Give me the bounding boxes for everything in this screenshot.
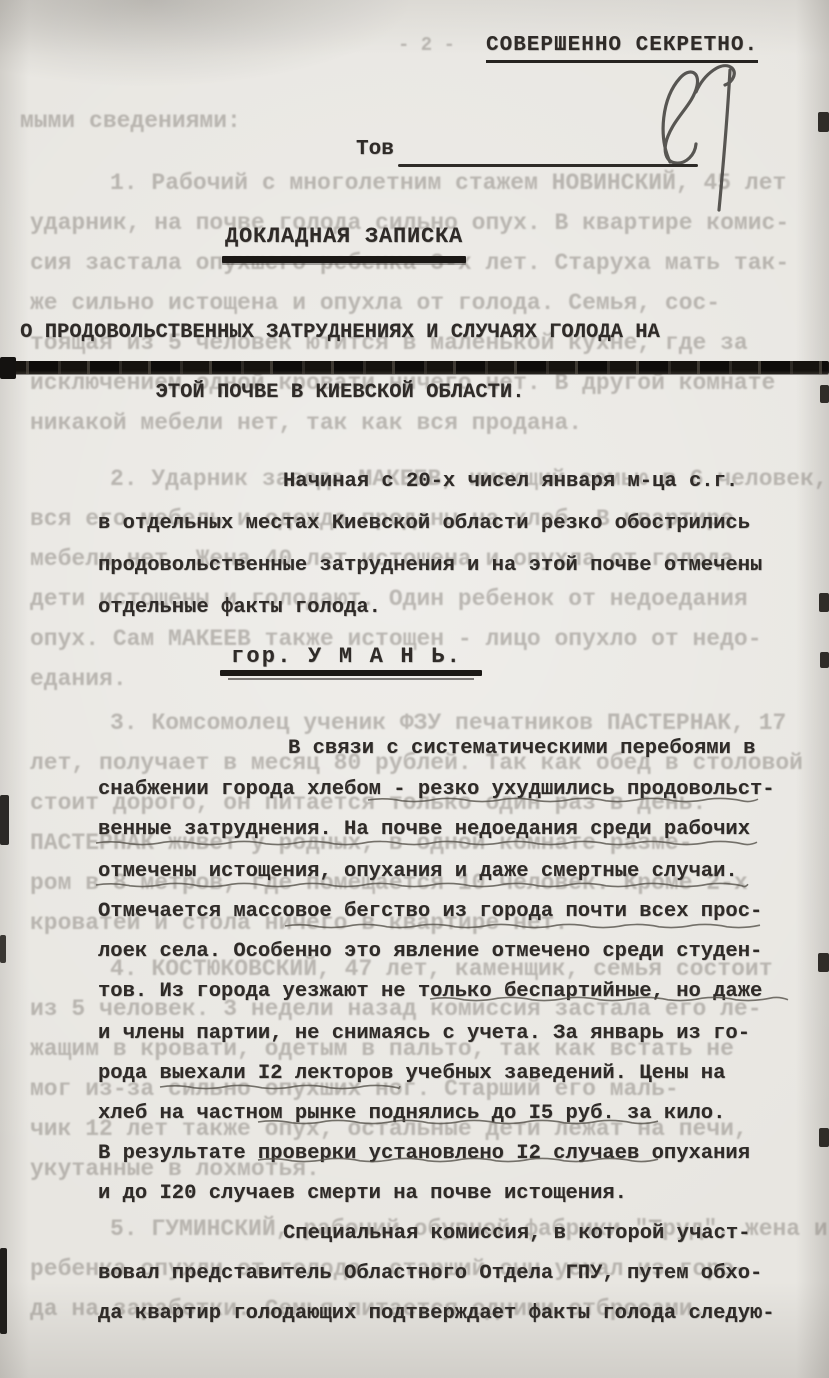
body-line: тов. Из города уезжают не только беспарт… — [98, 980, 762, 1003]
ghost-line: мыми сведениями: — [20, 108, 241, 134]
body-line: отмечены истощения, опухания и даже смер… — [98, 860, 738, 883]
section-heading-underline — [220, 670, 482, 676]
scan-artifact — [820, 385, 829, 403]
subject-line-1: О ПРОДОВОЛЬСТВЕННЫХ ЗАТРУДНЕНИЯХ И СЛУЧА… — [10, 323, 670, 343]
body-line: вовал представитель Областного Отдела ГП… — [98, 1262, 762, 1285]
ghost-page-number: - 2 - — [398, 34, 455, 56]
scan-artifact — [0, 795, 9, 845]
scan-artifact — [818, 112, 829, 132]
digit-6-stroke — [663, 72, 697, 163]
ghost-line: едания. — [30, 666, 127, 692]
section-heading-uman: гор. У М А Н Ь. — [231, 644, 462, 669]
section-heading-underline-2 — [228, 678, 474, 680]
body-line: отдельные факты голода. — [98, 596, 381, 619]
body-line: Отмечается массовое бегство из города по… — [98, 900, 762, 923]
scan-artifact — [818, 953, 829, 972]
separator-rule — [0, 361, 829, 374]
body-line: лоек села. Особенно это явление отмечено… — [98, 940, 762, 963]
body-line: в отдельных местах Киевской области резк… — [98, 512, 750, 535]
document-type-heading: ДОКЛАДНАЯ ЗАПИСКА — [225, 224, 463, 249]
scan-artifact — [819, 593, 829, 612]
ghost-line: сия застала опухшего ребенка 3-х лет. Ст… — [30, 250, 789, 276]
body-line: В связи с систематическими перебоями в — [288, 737, 755, 760]
addressee-label: Тов — [356, 138, 394, 161]
body-line: венные затруднения. На почве недоедания … — [98, 818, 750, 841]
scanned-document-page: мыми сведениями:1. Рабочий с многолетним… — [0, 0, 829, 1378]
body-line: снабжении города хлебом - резко ухудшили… — [98, 778, 775, 801]
handwritten-number-67 — [640, 52, 760, 212]
digit-7-tail-stroke — [719, 70, 730, 210]
scan-artifact — [820, 652, 829, 668]
body-line: Начиная с 20-х чисел января м-ца с.г. — [283, 470, 738, 493]
body-line: и до I20 случаев смерти на почве истощен… — [98, 1182, 627, 1205]
body-line: и члены партии, не снимаясь с учета. За … — [98, 1022, 750, 1045]
document-type-underline — [222, 256, 466, 263]
scan-artifact — [0, 357, 16, 379]
body-line: хлеб на частном рынке поднялись до I5 ру… — [98, 1102, 725, 1125]
scan-artifact — [0, 935, 6, 963]
body-line: В результате проверки установлено I2 слу… — [98, 1142, 750, 1165]
body-line: рода выехали I2 лекторов учебных заведен… — [98, 1062, 725, 1085]
subject-line-2: ЭТОЙ ПОЧВЕ В КИЕВСКОЙ ОБЛАСТИ. — [10, 383, 670, 403]
body-line: да квартир голодающих подтверждает факты… — [98, 1302, 775, 1325]
addressee-blank-line — [398, 164, 698, 167]
body-line: продовольственные затруднения и на этой … — [98, 554, 762, 577]
scan-artifact — [819, 1128, 829, 1147]
ghost-line: 3. Комсомолец ученик ФЗУ печатников ПАСТ… — [110, 710, 786, 736]
scan-artifact — [0, 1248, 7, 1334]
body-line: Специальная комиссия, в которой участ- — [283, 1222, 750, 1245]
